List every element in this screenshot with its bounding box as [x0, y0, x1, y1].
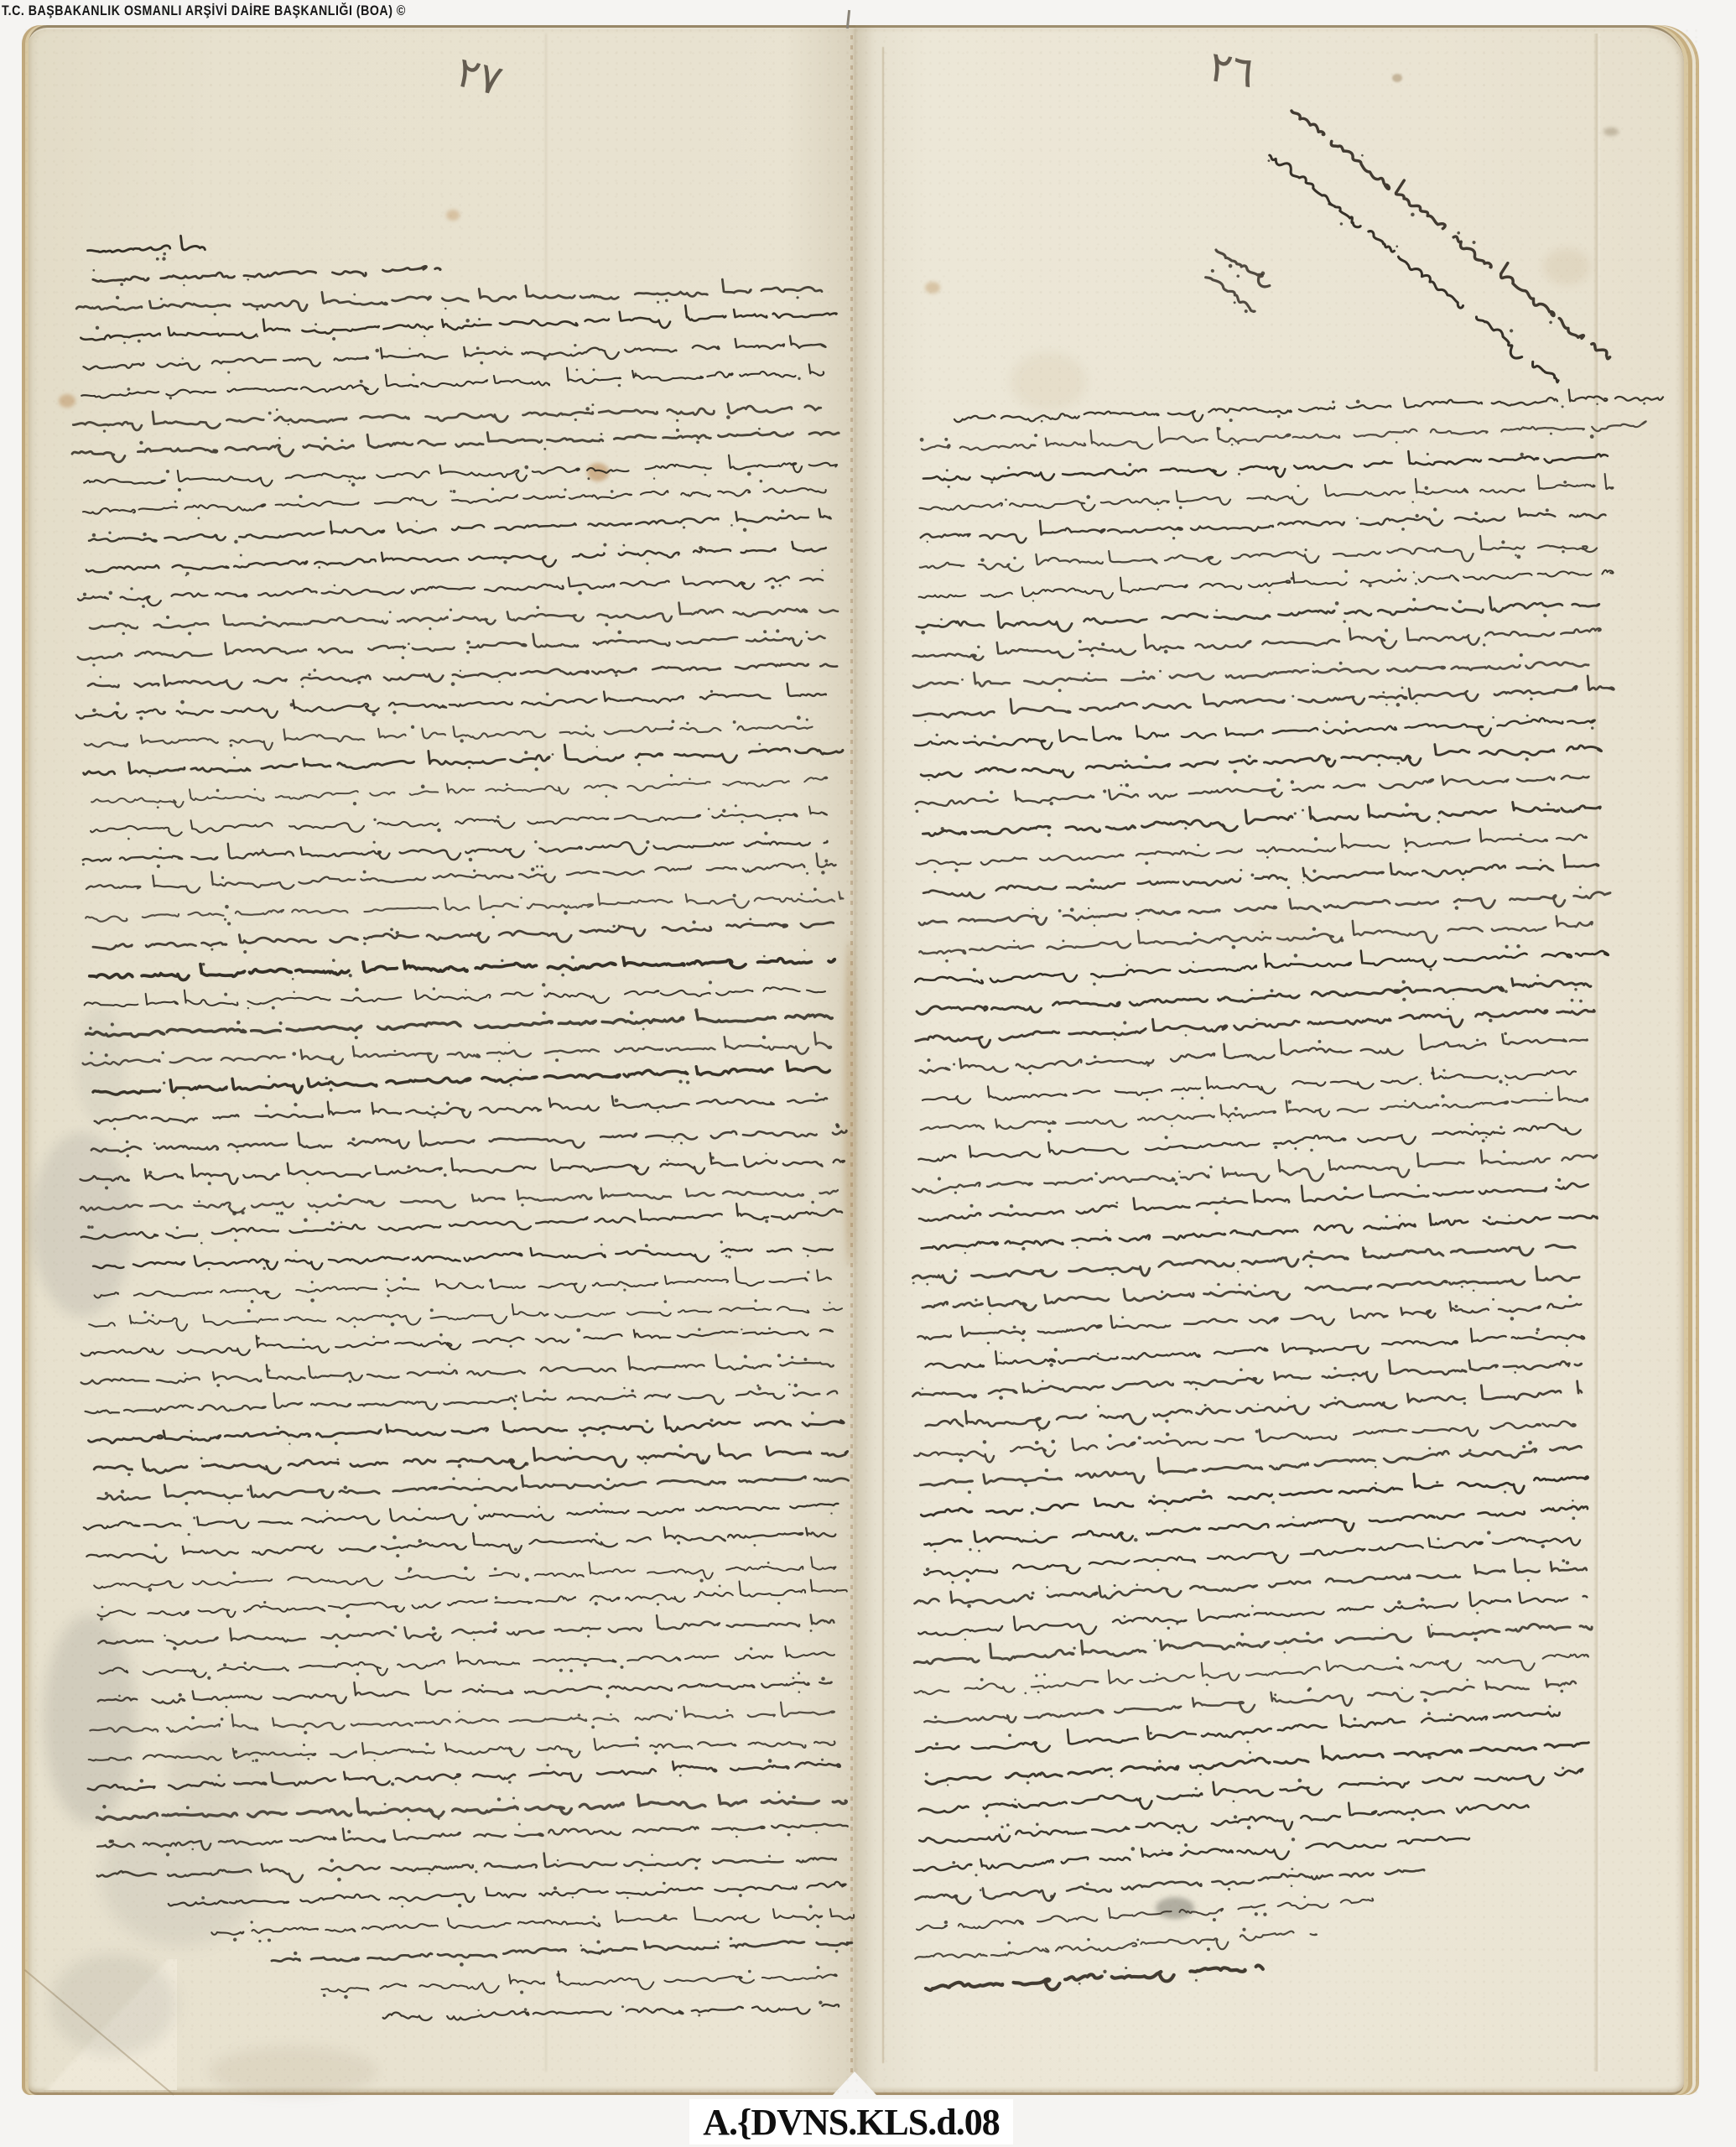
- archive-shelfmark-text: A.{DVNS.KLS.d.08: [703, 2101, 999, 2144]
- archive-shelfmark-strip: A.{DVNS.KLS.d.08: [689, 2099, 1013, 2144]
- left-page-text-block: [62, 221, 887, 2124]
- marginal-note: [1204, 237, 1347, 362]
- archive-watermark-text: T.C. BAŞBAKANLIK OSMANLI ARŞİVİ DAİRE BA…: [2, 3, 406, 19]
- folio-number-right: ٢٦: [1205, 42, 1258, 97]
- right-page-text-block: [904, 394, 1701, 2088]
- scanned-document-page: ٢٧ ٢٦ A.{DVNS.KLS.d.08 T.C. BAŞBAKANLIK …: [0, 0, 1736, 2147]
